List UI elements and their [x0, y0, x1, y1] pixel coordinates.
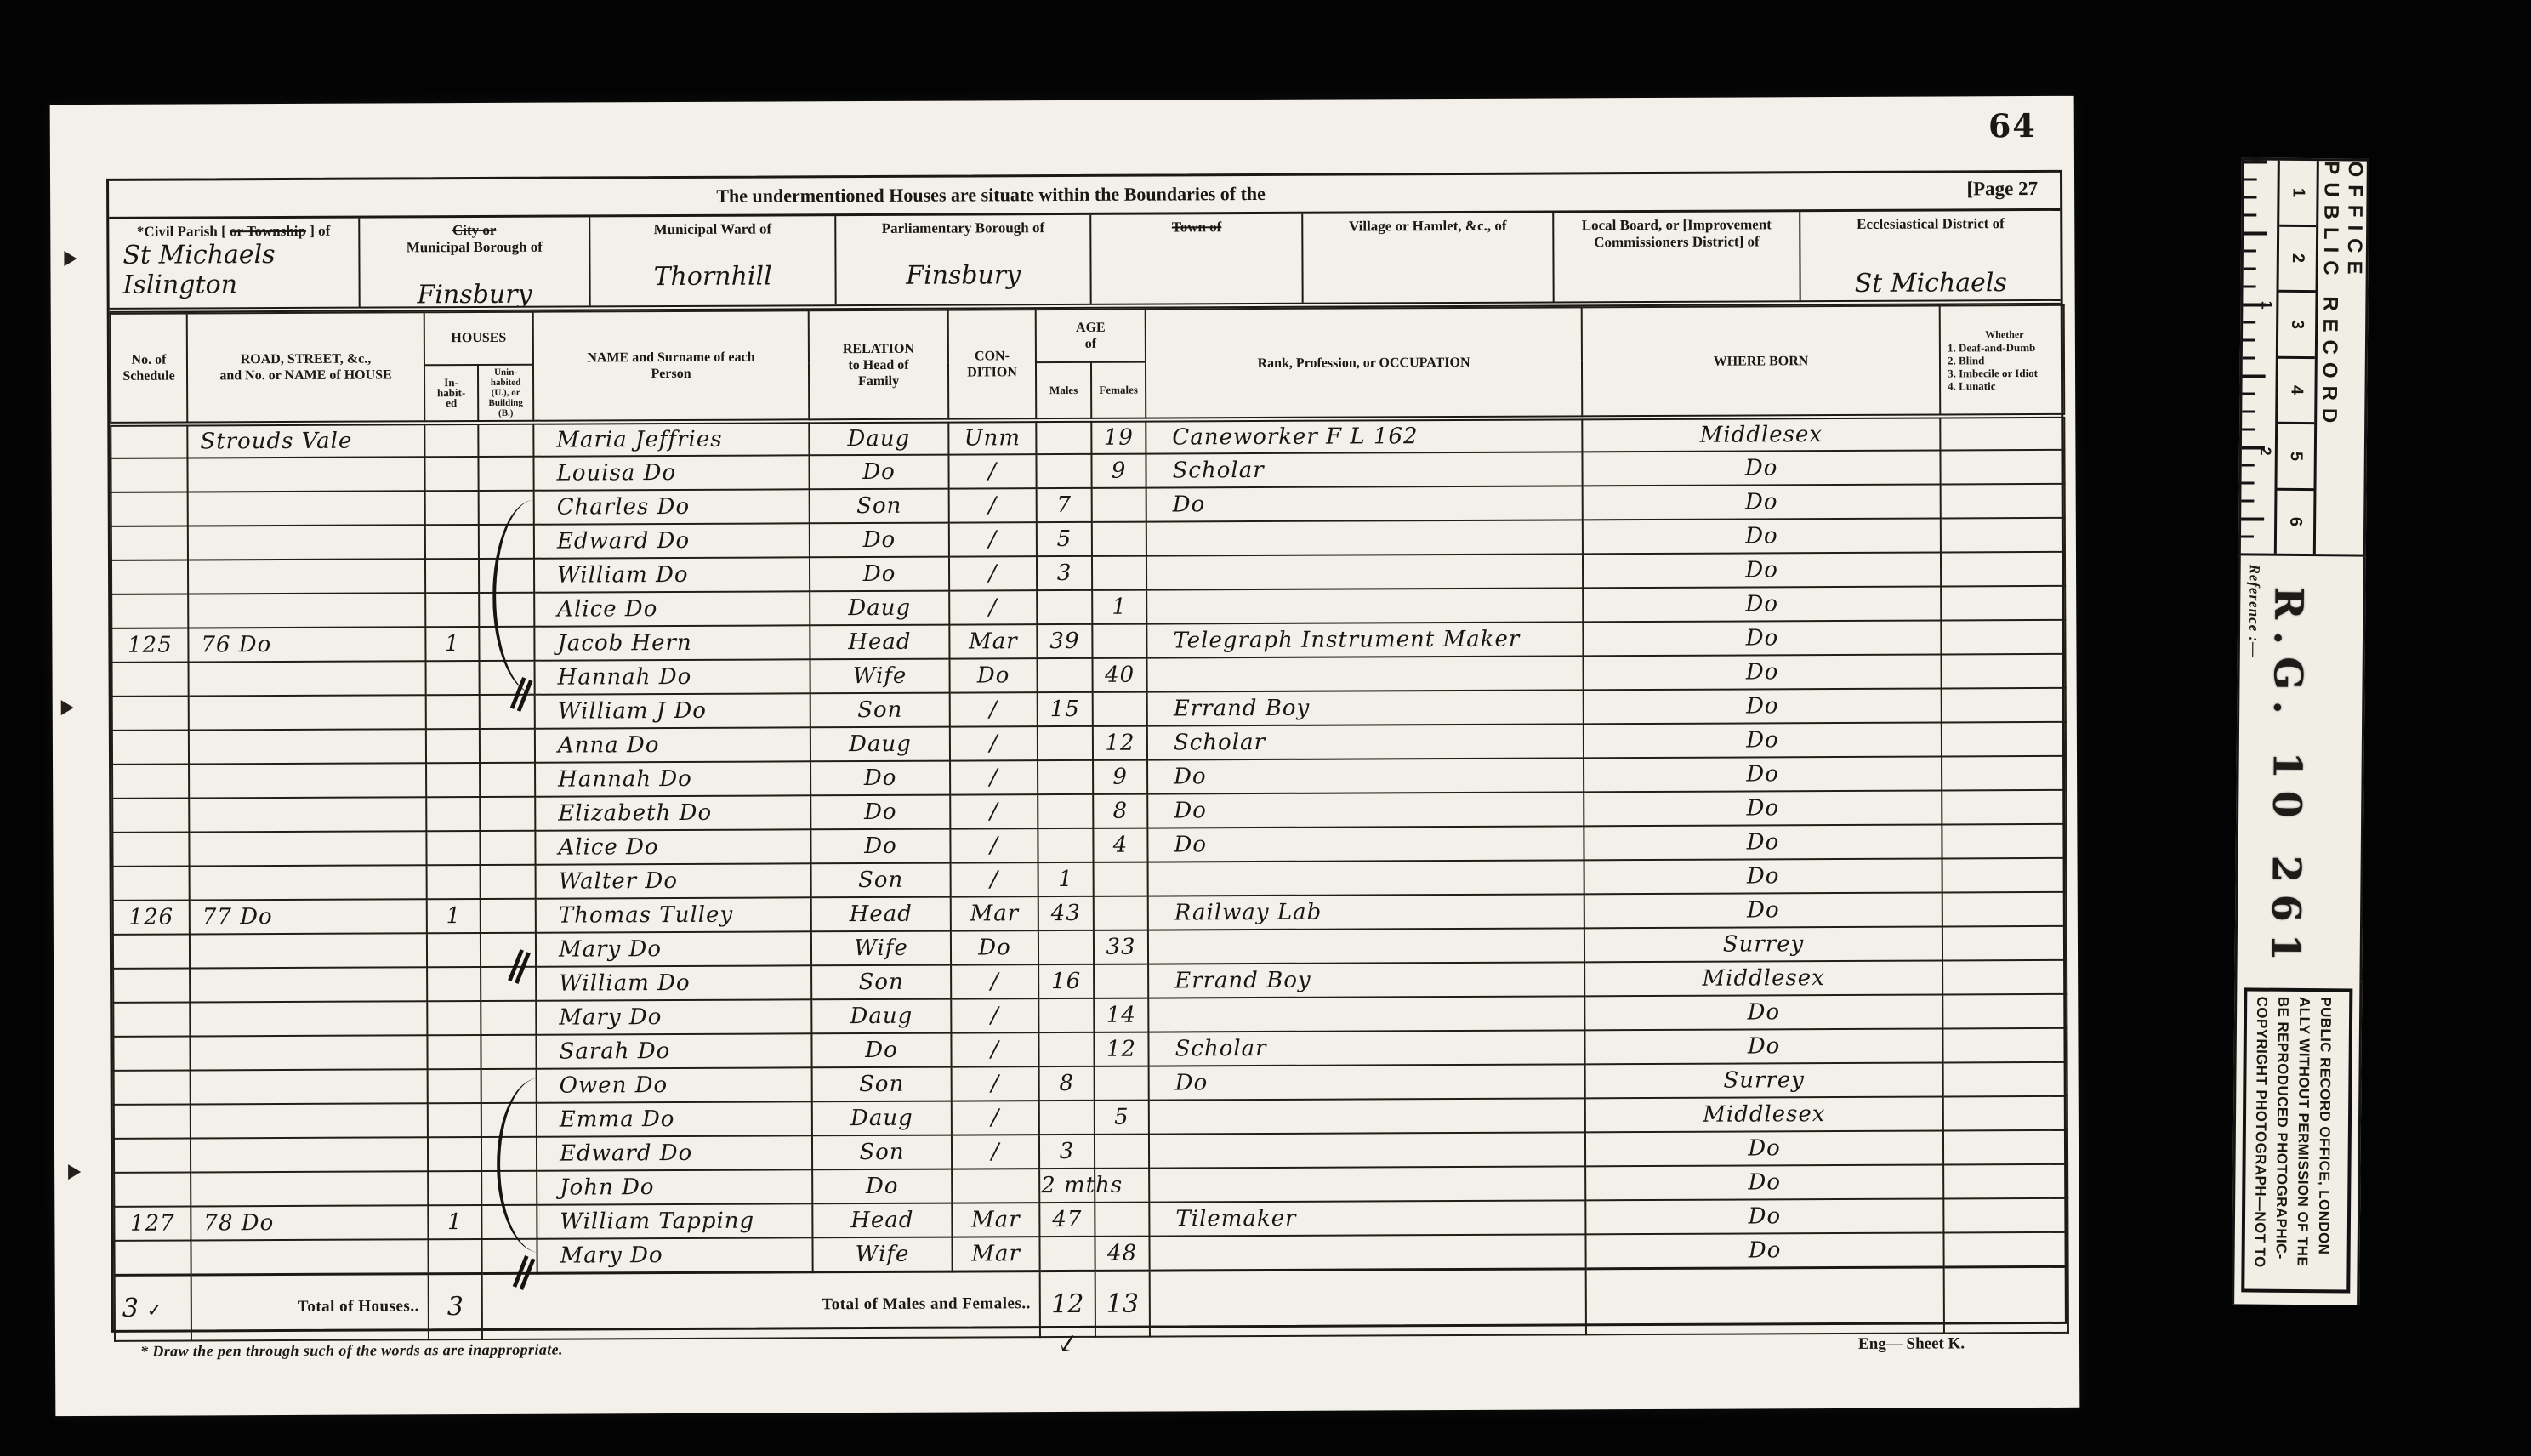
- cell-uninhabited: [480, 797, 535, 831]
- cell-inhabited: [426, 695, 480, 729]
- cell-uninhabited: [478, 423, 533, 457]
- cell-road: [190, 1035, 427, 1070]
- cell-age_f: 33: [1094, 930, 1148, 964]
- cell-born: Do: [1585, 1130, 1943, 1166]
- column-header-uninhabited: Unin-habited(U.), orBuilding(B.): [478, 365, 533, 423]
- cell-road: [189, 661, 426, 696]
- cell-relation: Head: [810, 625, 949, 660]
- cell-age_f: [1094, 862, 1148, 896]
- column-header-disabilities: Whether 1. Deaf-and-Dumb 2. Blind 3. Imb…: [1940, 305, 2065, 417]
- cell-uninhabited: [480, 729, 535, 763]
- cell-age_f: 5: [1095, 1101, 1149, 1135]
- cell-born: Do: [1585, 1198, 1943, 1234]
- cell-remarks: [1942, 994, 2067, 1029]
- cell-remarks: [1941, 620, 2065, 655]
- cell-relation: Head: [812, 1203, 952, 1238]
- cell-road: [189, 695, 426, 730]
- cell-inhabited: [426, 763, 480, 797]
- cell-age_f: [1094, 896, 1148, 930]
- margin-arrow: [68, 1164, 81, 1180]
- struck-label-text: City or: [452, 222, 497, 238]
- ruler-number: 2: [2256, 447, 2274, 456]
- cell-schedule: [114, 1138, 191, 1172]
- cell-born: Do: [1585, 1232, 1943, 1268]
- cell-relation: Daug: [809, 421, 948, 456]
- cell-born: Do: [1583, 621, 1941, 657]
- cell-age_f: [1092, 624, 1146, 658]
- cell-uninhabited: [480, 831, 535, 865]
- cell-born: Middlesex: [1585, 1096, 1943, 1132]
- cell-age_f: 48: [1095, 1237, 1149, 1271]
- geo-handwritten-value: Thornhill: [591, 261, 835, 292]
- cell-name: William Tapping: [537, 1203, 812, 1238]
- cell-inhabited: [428, 1103, 481, 1137]
- cell-inhabited: 1: [427, 899, 481, 933]
- frame-cell: 6: [2277, 490, 2314, 554]
- cell-condition: Mar: [952, 1237, 1039, 1271]
- cell-name: Edward Do: [537, 1135, 812, 1170]
- strip-title-column: PUBLIC RECORD OFFICE: [2316, 161, 2367, 554]
- cell-relation: Do: [810, 795, 950, 830]
- cell-occupation: [1149, 1098, 1585, 1134]
- cell-age_f: 4: [1093, 828, 1147, 862]
- frame-cell: 1: [2279, 161, 2317, 227]
- cell-born: Do: [1584, 757, 1942, 793]
- cell-schedule: [114, 1070, 191, 1104]
- cell-relation: Do: [811, 1033, 951, 1068]
- cell-name: John Do: [537, 1169, 812, 1204]
- cell-occupation: [1148, 928, 1584, 964]
- cell-age_f: [1095, 1203, 1149, 1237]
- column-header-age: AGEof: [1036, 310, 1146, 363]
- cell-condition: /: [951, 862, 1038, 896]
- geo-handwritten-value: Finsbury: [836, 260, 1090, 291]
- geo-label: Local Board, or [ImprovementCommissioner…: [1554, 212, 1800, 251]
- column-header-condition: CON-DITION: [948, 310, 1037, 420]
- cell-schedule: [111, 526, 188, 560]
- cell-inhabited: [424, 423, 478, 457]
- cell-inhabited: 1: [425, 627, 479, 661]
- cell-occupation: [1149, 1166, 1585, 1202]
- cell-road: 77 Do: [190, 899, 427, 934]
- frame-cell: 5: [2278, 424, 2315, 491]
- cell-condition: Mar: [949, 624, 1037, 658]
- cell-age_m: 3: [1039, 1135, 1095, 1169]
- cell-road: [190, 1001, 427, 1036]
- cell-relation: Daug: [812, 1101, 952, 1136]
- cell-condition: Do: [951, 930, 1038, 964]
- cell-road: [191, 1069, 428, 1104]
- cell-road: [189, 797, 426, 832]
- column-header-relation: RELATIONto Head ofFamily: [809, 310, 949, 422]
- frame-cell: 4: [2278, 358, 2315, 424]
- sheet-label: Eng— Sheet K.: [1858, 1334, 1965, 1354]
- totals-row: 3 ✓ Total of Houses.. 3 Total of Males a…: [115, 1266, 2068, 1341]
- label-text: Local Board, or [Improvement: [1582, 216, 1772, 233]
- cell-relation: Daug: [811, 999, 951, 1034]
- cell-uninhabited: [481, 899, 536, 933]
- label-text: Parliamentary Borough of: [882, 219, 1044, 236]
- cell-occupation: [1148, 996, 1584, 1032]
- cell-uninhabited: [481, 1001, 536, 1035]
- cell-name: Emma Do: [537, 1101, 812, 1136]
- cell-condition: /: [950, 726, 1038, 760]
- geo-handwritten-value: St Michaels: [109, 240, 358, 270]
- geo-cell: Village or Hamlet, &c., of: [1303, 213, 1554, 302]
- cell-road: [188, 593, 425, 628]
- cell-age_m: [1036, 454, 1091, 488]
- totals-empty-cell: [1944, 1266, 2068, 1334]
- reference-label: Reference :—: [2245, 564, 2263, 657]
- geo-handwritten-value: Islington: [109, 270, 358, 300]
- geo-label: Parliamentary Borough of: [836, 215, 1090, 237]
- cell-occupation: [1149, 1234, 1585, 1270]
- cell-name: Louisa Do: [533, 455, 809, 490]
- pro-strip: 12 123456 PUBLIC RECORD OFFICE Reference…: [2232, 157, 2369, 1305]
- cell-relation: Wife: [812, 1237, 952, 1272]
- cell-age_m: [1038, 998, 1094, 1032]
- cell-schedule: [113, 866, 190, 900]
- geo-label: Village or Hamlet, &c., of: [1303, 213, 1552, 235]
- cell-inhabited: [428, 1239, 481, 1273]
- cell-schedule: [112, 832, 189, 866]
- geo-cell: Town of: [1092, 214, 1304, 304]
- cell-occupation: Scholar: [1146, 452, 1582, 487]
- geo-label: City orMunicipal Borough of: [360, 217, 589, 256]
- struck-label-text: Town of: [1172, 219, 1222, 235]
- cell-age_f: 12: [1094, 1032, 1148, 1066]
- cell-relation: Son: [812, 1135, 952, 1170]
- copyright-line: ALLY WITHOUT PERMISSION OF THE: [2291, 997, 2315, 1284]
- copyright-box: COPYRIGHT PHOTOGRAPH—NOT TOBE REPRODUCED…: [2241, 987, 2352, 1293]
- cell-born: Do: [1584, 1028, 1942, 1064]
- cell-condition: /: [949, 556, 1037, 590]
- cell-schedule: [112, 798, 189, 832]
- cell-occupation: Do: [1147, 826, 1584, 862]
- cell-remarks: [1942, 892, 2067, 927]
- geo-cell: City orMunicipal Borough of Finsbury: [360, 217, 591, 306]
- geo-cell: Parliamentary Borough of Finsbury: [836, 215, 1092, 304]
- cell-road: Strouds Vale: [187, 423, 424, 458]
- cell-occupation: [1146, 554, 1583, 589]
- cell-name: William Do: [534, 557, 810, 592]
- cell-inhabited: [424, 457, 478, 491]
- cell-born: Do: [1584, 892, 1942, 928]
- cell-inhabited: [428, 1137, 481, 1171]
- cell-name: Jacob Hern: [534, 625, 810, 660]
- strip-title: PUBLIC RECORD OFFICE: [2316, 161, 2367, 554]
- column-header-schedule: No. ofSchedule: [111, 313, 188, 424]
- cell-inhabited: [428, 1171, 481, 1205]
- cell-inhabited: [426, 831, 480, 865]
- page-label: [Page 27: [1966, 178, 2038, 200]
- frame-cell-number: 6: [2285, 517, 2305, 526]
- label-text: Village or Hamlet, &c., of: [1349, 218, 1507, 235]
- cell-age_m: [1038, 726, 1093, 760]
- cell-age_f: 19: [1091, 420, 1146, 454]
- margin-arrow: [61, 700, 74, 715]
- cell-relation: Do: [810, 829, 950, 864]
- cell-relation: Son: [810, 693, 950, 728]
- table-header: No. ofSchedule ROAD, STREET, &c.,and No.…: [111, 305, 2065, 424]
- cell-occupation: [1148, 860, 1584, 896]
- cell-road: [188, 559, 425, 594]
- cell-born: Do: [1583, 553, 1941, 589]
- cell-age_m: [1038, 828, 1093, 862]
- cell-inhabited: [427, 1035, 481, 1069]
- cell-condition: /: [950, 794, 1038, 828]
- cell-condition: Mar: [952, 1203, 1039, 1237]
- cell-schedule: [114, 1104, 191, 1138]
- cell-occupation: Telegraph Instrument Maker: [1146, 622, 1583, 657]
- cell-condition: /: [949, 522, 1037, 556]
- cell-name: Maria Jeffries: [533, 421, 809, 456]
- label-text: Ecclesiastical District of: [1857, 215, 2005, 232]
- cell-inhabited: [426, 729, 480, 763]
- cell-condition: /: [952, 1101, 1039, 1135]
- cell-uninhabited: [481, 865, 536, 899]
- cell-inhabited: [427, 933, 481, 967]
- geographic-header-row: *Civil Parish [ or Township ] of St Mich…: [109, 211, 2060, 313]
- cell-age_m: 8: [1039, 1066, 1095, 1101]
- cell-condition: /: [951, 1032, 1038, 1066]
- cell-condition: [952, 1169, 1039, 1203]
- cell-remarks: [1942, 960, 2067, 995]
- geo-handwritten-value: [1092, 241, 1302, 242]
- houses-total-value: 3: [429, 1273, 482, 1339]
- frame-cell: 2: [2279, 226, 2317, 293]
- cell-occupation: Errand Boy: [1147, 690, 1584, 725]
- cell-name: Mary Do: [536, 999, 811, 1034]
- cell-age_m: [1038, 1032, 1094, 1066]
- cell-road: [189, 729, 426, 764]
- cell-age_m: 47: [1039, 1203, 1095, 1237]
- cell-born: Do: [1585, 1164, 1943, 1200]
- geo-handwritten-value: [1554, 255, 1800, 256]
- cell-age_f: [1095, 1135, 1149, 1169]
- cell-road: [188, 525, 425, 560]
- males-females-total-label: Total of Males and Females..: [482, 1271, 1040, 1339]
- cell-occupation: Railway Lab: [1148, 894, 1584, 930]
- cell-remarks: [1942, 688, 2066, 723]
- cell-born: Do: [1583, 587, 1941, 623]
- cell-occupation: Do: [1147, 758, 1584, 793]
- cell-age_f: [1095, 1066, 1149, 1101]
- cell-born: Surrey: [1585, 1062, 1943, 1098]
- cell-born: Do: [1584, 791, 1942, 827]
- cell-age_f: [1094, 964, 1148, 998]
- cell-road: [187, 457, 424, 492]
- cell-road: [191, 1137, 428, 1172]
- cell-relation: Do: [809, 455, 948, 490]
- folio-number: 64: [1988, 106, 2037, 145]
- cell-age_f: [1092, 522, 1146, 556]
- cell-name: Hannah Do: [535, 659, 810, 694]
- cell-relation: Do: [810, 523, 949, 558]
- cell-name: Charles Do: [534, 489, 810, 524]
- cell-born: Do: [1582, 451, 1940, 486]
- census-table: No. ofSchedule ROAD, STREET, &c.,and No.…: [110, 304, 2069, 1342]
- strip-copyright-section: COPYRIGHT PHOTOGRAPH—NOT TOBE REPRODUCED…: [2232, 981, 2362, 1305]
- strip-reference-section: Reference :— R.G. 10 261: [2234, 555, 2365, 981]
- cell-age_f: [1092, 556, 1146, 590]
- cell-schedule: [113, 1036, 190, 1070]
- cell-road: [191, 1239, 428, 1274]
- cell-born: Middlesex: [1582, 417, 1940, 452]
- cell-age_m: 5: [1037, 522, 1092, 556]
- ruler-number: 1: [2257, 301, 2275, 310]
- frame-cell-number: 3: [2287, 320, 2306, 329]
- cell-name: Alice Do: [534, 591, 810, 626]
- reference-stamp: R.G. 10 261: [2263, 587, 2312, 973]
- cell-relation: Head: [811, 897, 951, 932]
- cell-inhabited: [425, 525, 479, 559]
- cell-age_m: 43: [1038, 896, 1094, 930]
- cell-inhabited: 1: [428, 1205, 481, 1239]
- cell-condition: /: [949, 488, 1037, 522]
- cell-condition: /: [951, 964, 1038, 998]
- cell-remarks: [1941, 552, 2065, 587]
- cell-name: Sarah Do: [536, 1033, 811, 1068]
- cell-occupation: Caneworker F L 162: [1146, 418, 1582, 453]
- census-sheet: 64 The undermentioned Houses are situate…: [50, 96, 2080, 1416]
- cell-condition: /: [950, 692, 1038, 726]
- cell-age_m: 16: [1038, 964, 1094, 998]
- cell-name: Owen Do: [537, 1067, 812, 1102]
- cell-age_m: 39: [1037, 624, 1092, 658]
- cell-relation: Do: [810, 557, 949, 592]
- cell-name: Walter Do: [536, 863, 811, 898]
- cell-age_f: [1092, 488, 1146, 522]
- cell-inhabited: [428, 1069, 481, 1103]
- cell-schedule: [112, 764, 189, 798]
- geo-handwritten-value: St Michaels: [1801, 268, 2061, 299]
- ruler: 12: [2241, 160, 2280, 553]
- cell-age_f: 1: [1092, 590, 1146, 624]
- copyright-line: BE REPRODUCED PHOTOGRAPHIC-: [2270, 997, 2294, 1284]
- cell-name: Mary Do: [536, 931, 811, 966]
- cell-occupation: Do: [1147, 792, 1584, 828]
- label-text: *Civil Parish [: [137, 223, 226, 239]
- cell-born: Do: [1583, 485, 1941, 520]
- cell-name: Edward Do: [534, 523, 810, 558]
- page-heading: The undermentioned Houses are situate wi…: [109, 180, 1873, 210]
- cell-remarks: [1942, 1028, 2067, 1063]
- cell-occupation: Scholar: [1148, 1030, 1584, 1066]
- cell-occupation: Errand Boy: [1148, 962, 1584, 998]
- cell-age_f: [1093, 692, 1147, 726]
- cell-remarks: [1942, 858, 2067, 893]
- cell-age_m: [1039, 1237, 1095, 1271]
- cell-schedule: [112, 662, 189, 696]
- geo-label: *Civil Parish [ or Township ] of: [109, 219, 358, 241]
- cell-relation: Do: [810, 761, 950, 796]
- cell-road: [191, 1171, 428, 1206]
- cell-condition: Unm: [948, 420, 1036, 454]
- cell-condition: /: [951, 998, 1038, 1032]
- totals-empty-cell: [1150, 1268, 1586, 1336]
- geo-cell: Municipal Ward of Thornhill: [590, 216, 836, 305]
- cell-born: Do: [1583, 519, 1941, 555]
- copyright-text: COPYRIGHT PHOTOGRAPH—NOT TOBE REPRODUCED…: [2249, 997, 2336, 1285]
- cell-age_m: 3: [1037, 556, 1092, 590]
- cell-road: [190, 967, 427, 1002]
- geo-label: Municipal Ward of: [590, 216, 834, 238]
- cell-occupation: [1146, 520, 1583, 555]
- cell-age_m: [1036, 420, 1091, 454]
- copyright-line: PUBLIC RECORD OFFICE, LONDON: [2312, 997, 2336, 1284]
- cell-born: Do: [1584, 655, 1942, 691]
- cell-name: William J Do: [535, 693, 810, 728]
- cell-relation: Daug: [810, 591, 949, 626]
- totals-margin-mark: 3 ✓: [115, 1274, 191, 1340]
- cell-occupation: Do: [1149, 1064, 1585, 1100]
- cell-name: William Do: [536, 965, 811, 1000]
- label-text: ] of: [310, 223, 330, 239]
- cell-schedule: [111, 424, 187, 458]
- column-header-born: WHERE BORN: [1582, 306, 1941, 418]
- cell-uninhabited: [481, 1035, 536, 1069]
- cell-remarks: [1943, 1232, 2067, 1267]
- cell-remarks: [1943, 1164, 2067, 1199]
- cell-remarks: [1942, 790, 2066, 825]
- footnote: * Draw the pen through such of the words…: [140, 1341, 563, 1361]
- cell-name: Anna Do: [535, 727, 810, 762]
- cell-age_f: 9: [1093, 760, 1147, 794]
- cell-age_f: 12: [1093, 726, 1147, 760]
- cell-relation: Son: [811, 965, 951, 1000]
- cell-condition: /: [950, 828, 1038, 862]
- geo-label: Ecclesiastical District of: [1801, 211, 2061, 233]
- frame-number-column: 123456: [2277, 161, 2319, 554]
- cell-age_m: 2 mths: [1039, 1169, 1095, 1203]
- cell-occupation: Do: [1146, 486, 1583, 521]
- cell-schedule: [111, 594, 188, 628]
- struck-label-text: or Township: [230, 223, 306, 239]
- cell-schedule: [112, 696, 189, 730]
- cell-remarks: [1940, 416, 2064, 451]
- frame-cell-number: 2: [2288, 253, 2307, 263]
- frame-cell-number: 1: [2289, 188, 2308, 197]
- cell-inhabited: [427, 865, 481, 899]
- cell-schedule: [111, 458, 187, 492]
- frame-cell-number: 4: [2287, 385, 2306, 395]
- cell-age_m: 1: [1038, 862, 1094, 896]
- cell-relation: Son: [811, 863, 951, 898]
- cell-name: Hannah Do: [535, 761, 810, 796]
- cell-schedule: [114, 1172, 191, 1206]
- cell-remarks: [1941, 484, 2065, 519]
- cell-born: Surrey: [1584, 926, 1942, 962]
- cell-age_f: 14: [1094, 998, 1148, 1032]
- cell-age_m: [1038, 658, 1093, 692]
- cell-schedule: [111, 492, 188, 526]
- cell-road: 78 Do: [191, 1205, 428, 1240]
- cell-relation: Do: [812, 1169, 952, 1204]
- cell-age_f: 40: [1093, 658, 1147, 692]
- cell-age_m: 7: [1037, 488, 1092, 522]
- cell-occupation: [1149, 1132, 1585, 1168]
- cell-condition: /: [952, 1135, 1039, 1169]
- cell-relation: Son: [810, 489, 949, 524]
- cell-remarks: [1943, 1130, 2067, 1165]
- cell-born: Do: [1584, 994, 1942, 1030]
- column-header-males: Males: [1036, 362, 1091, 420]
- cell-age_m: 15: [1038, 692, 1093, 726]
- cell-inhabited: [425, 593, 479, 627]
- cell-age_m: [1039, 1101, 1095, 1135]
- cell-age_f: 9: [1091, 454, 1146, 488]
